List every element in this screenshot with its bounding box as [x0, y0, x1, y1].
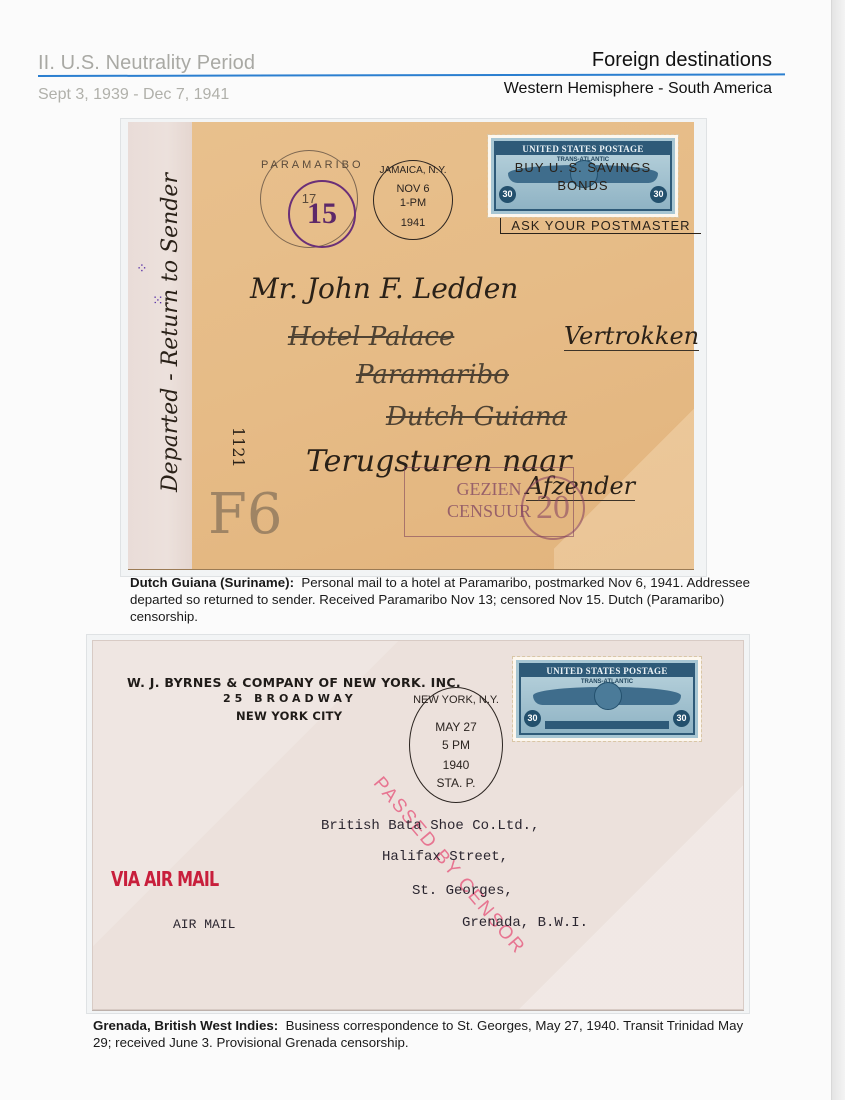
air-mail-typed: AIR MAIL [173, 917, 235, 932]
censor-number-15: 15 [288, 180, 356, 248]
ink-spot: ⁘ [136, 260, 148, 277]
topic-subtitle: Western Hemisphere - South America [504, 80, 772, 98]
address-line: Grenada, B.W.I. [462, 915, 588, 931]
address-line: Halifax Street, [382, 849, 508, 865]
corner-card-city: NEW YORK CITY [236, 709, 342, 723]
address-name: Mr. John F. Ledden [250, 272, 518, 305]
jamaica-postmark: JAMAICA, N.Y. NOV 6 1-PM 1941 [373, 160, 453, 240]
section-title: II. U.S. Neutrality Period [38, 52, 255, 75]
corner-card-street: 25 BROADWAY [223, 692, 357, 705]
corner-card-company: W. J. BYRNES & COMPANY OF NEW YORK. INC. [127, 675, 461, 690]
section-dates: Sept 3, 1939 - Dec 7, 1941 [38, 86, 229, 104]
cover-grenada: W. J. BYRNES & COMPANY OF NEW YORK. INC.… [92, 640, 744, 1010]
address-hotel: Hotel Palace [288, 322, 454, 352]
censor-number-20: 20 [521, 476, 585, 540]
exhibit-page: II. U.S. Neutrality Period Sept 3, 1939 … [0, 0, 832, 1100]
note-vertrokken: Vertrokken [564, 322, 699, 351]
header-rule [38, 73, 785, 77]
pencil-mark: F6 [208, 482, 282, 547]
address-line: British Bata Shoe Co.Ltd., [321, 818, 539, 834]
address-city: Paramaribo [356, 360, 509, 390]
new-york-postmark: NEW YORK, N.Y. MAY 27 5 PM 1940 STA. P. [409, 687, 503, 803]
cover-dutch-guiana: ⁘ ⁙ PARAMARIBO 17 15 JAMAICA, N.Y. NOV 6… [128, 122, 694, 570]
globe-icon [594, 682, 622, 710]
topic-title: Foreign destinations [592, 49, 772, 72]
caption-dutch-guiana: Dutch Guiana (Suriname): Personal mail t… [130, 574, 760, 625]
address-country: Dutch Guiana [386, 402, 567, 432]
page-binder-edge [831, 0, 845, 1100]
airmail-stamp-30c: UNITED STATES POSTAGE TRANS-ATLANTIC 30 … [513, 657, 701, 741]
caption-grenada: Grenada, British West Indies: Business c… [93, 1017, 763, 1051]
side-note-departed: Departed - Return to Sender [158, 173, 183, 492]
address-line: St. Georges, [412, 883, 513, 899]
airmail-stamp-30c: UNITED STATES POSTAGE TRANS-ATLANTIC 30 … [488, 135, 678, 217]
side-mark: 1121 [229, 427, 248, 468]
via-air-mail-handstamp: VIA AIR MAIL [111, 867, 218, 891]
